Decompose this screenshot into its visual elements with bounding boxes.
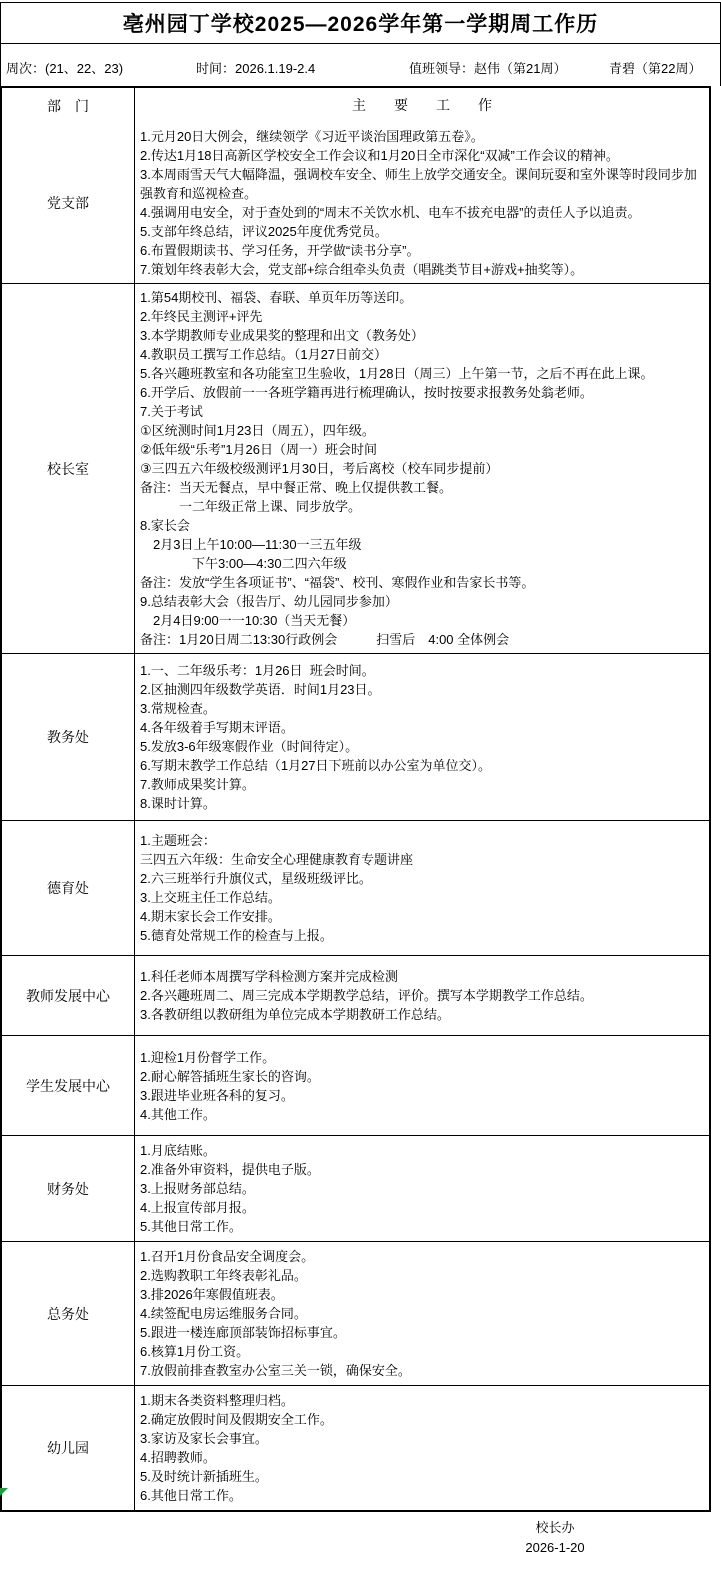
- table-row: 校长室1.第54期校刊、福袋、春联、单页年历等送印。2.年终民主测评+评先3.本…: [2, 283, 709, 653]
- work-line: 8.课时计算。: [140, 794, 707, 813]
- work-line: 8.家长会: [140, 516, 707, 535]
- work-line: 3.各教研组以教研组为单位完成本学期教研工作总结。: [140, 1005, 707, 1024]
- work-line: 1.元月20日大例会，继续领学《习近平谈治国理政第五卷》。: [140, 127, 707, 146]
- work-line: 1.第54期校刊、福袋、春联、单页年历等送印。: [140, 288, 707, 307]
- main-work-cell: 1.一、二年级乐考：1月26日 班会时间。2.区抽测四年级数学英语．时间1月23…: [135, 654, 709, 820]
- work-line: 1.主题班会：: [140, 831, 707, 850]
- table-header-row: 部 门 主 要 工 作: [2, 88, 709, 123]
- main-work-cell: 1.月底结账。2.准备外审资料，提供电子版。3.上报财务部总结。4.上报宣传部月…: [135, 1136, 709, 1241]
- work-line: 2月3日上午10:00—11:30一三五年级: [140, 535, 707, 554]
- work-line: 3.本学期教师专业成果奖的整理和出文（教务处）: [140, 326, 707, 345]
- work-line: 备注：1月20日周二13:30行政例会 扫雪后 4:00 全体例会: [140, 630, 707, 649]
- table-row: 学生发展中心1.迎检1月份督学工作。2.耐心解答插班生家长的咨询。3.跟进毕业班…: [2, 1035, 709, 1135]
- work-line: ②低年级“乐考”1月26日（周一）班会时间: [140, 440, 707, 459]
- table-row: 教师发展中心1.科任老师本周撰写学科检测方案并完成检测2.各兴趣班周二、周三完成…: [2, 955, 709, 1035]
- department-cell: 校长室: [2, 284, 135, 653]
- work-line: 3.上交班主任工作总结。: [140, 888, 707, 907]
- department-cell: 教师发展中心: [2, 956, 135, 1035]
- work-line: 2.耐心解答插班生家长的咨询。: [140, 1067, 707, 1086]
- table-row: 教务处1.一、二年级乐考：1月26日 班会时间。2.区抽测四年级数学英语．时间1…: [2, 653, 709, 820]
- work-line: 9.总结表彰大会（报告厅、幼儿园同步参加）: [140, 592, 707, 611]
- work-line: ③三四五六年级校级测评1月30日，考后离校（校车同步提前）: [140, 459, 707, 478]
- work-line: 3.上报财务部总结。: [140, 1179, 707, 1198]
- work-line: 6.核算1月份工资。: [140, 1342, 707, 1361]
- work-line: 4.其他工作。: [140, 1105, 707, 1124]
- work-line: 5.德育处常规工作的检查与上报。: [140, 926, 707, 945]
- work-line: 4.期末家长会工作安排。: [140, 907, 707, 926]
- work-table: 部 门 主 要 工 作 党支部1.元月20日大例会，继续领学《习近平谈治国理政第…: [0, 86, 711, 1512]
- work-line: 下午3:00—4:30二四六年级: [140, 554, 707, 573]
- table-row: 党支部1.元月20日大例会，继续领学《习近平谈治国理政第五卷》。2.传达1月18…: [2, 123, 709, 283]
- work-line: 1.月底结账。: [140, 1141, 707, 1160]
- table-row: 财务处1.月底结账。2.准备外审资料，提供电子版。3.上报财务部总结。4.上报宣…: [2, 1135, 709, 1241]
- work-line: 5.发放3-6年级寒假作业（时间待定）。: [140, 737, 707, 756]
- worksheet: 亳州园丁学校2025—2026学年第一学期周工作历 周次：(21、22、23) …: [0, 0, 721, 1587]
- work-line: 一二年级正常上课、同步放学。: [140, 497, 707, 516]
- department-cell: 德育处: [2, 821, 135, 955]
- work-line: 5.及时统计新插班生。: [140, 1467, 707, 1486]
- work-line: 4.各年级着手写期末评语。: [140, 718, 707, 737]
- table-row: 德育处1.主题班会：三四五六年级：生命安全心理健康教育专题讲座2.六三班举行升旗…: [2, 820, 709, 955]
- main-work-cell: 1.期末各类资料整理归档。2.确定放假时间及假期安全工作。3.家访及家长会事宜。…: [135, 1386, 709, 1510]
- work-line: 三四五六年级：生命安全心理健康教育专题讲座: [140, 850, 707, 869]
- department-cell: 财务处: [2, 1136, 135, 1241]
- duty-leader-week22: 青碧（第22周）: [609, 58, 701, 77]
- footer-date: 2026-1-20: [455, 1538, 655, 1558]
- work-line: 3.跟进毕业班各科的复习。: [140, 1086, 707, 1105]
- time-range-label: 时间：2026.1.19-2.4: [196, 58, 315, 77]
- info-row: 周次：(21、22、23) 时间：2026.1.19-2.4 值班领导：赵伟（第…: [0, 44, 721, 86]
- work-line: 1.召开1月份食品安全调度会。: [140, 1247, 707, 1266]
- work-line: 2.传达1月18日高新区学校安全工作会议和1月20日全市深化“双减”工作会议的精…: [140, 146, 707, 165]
- main-work-cell: 1.元月20日大例会，继续领学《习近平谈治国理政第五卷》。2.传达1月18日高新…: [135, 123, 709, 283]
- department-cell: 教务处: [2, 654, 135, 820]
- main-work-cell: 1.召开1月份食品安全调度会。2.选购教职工年终表彰礼品。3.排2026年寒假值…: [135, 1242, 709, 1385]
- work-line: 备注：发放“学生各项证书”、“福袋”、校刊、寒假作业和告家长书等。: [140, 573, 707, 592]
- work-line: 1.迎检1月份督学工作。: [140, 1048, 707, 1067]
- work-line: 6.布置假期读书、学习任务，开学做“读书分享”。: [140, 241, 707, 260]
- work-line: 2.各兴趣班周二、周三完成本学期教学总结，评价。撰写本学期教学工作总结。: [140, 986, 707, 1005]
- work-line: 5.跟进一楼连廊顶部装饰招标事宜。: [140, 1323, 707, 1342]
- duty-leader-week21: 值班领导：赵伟（第21周）: [409, 58, 566, 77]
- department-cell: 总务处: [2, 1242, 135, 1385]
- table-row: 幼儿园1.期末各类资料整理归档。2.确定放假时间及假期安全工作。3.家访及家长会…: [2, 1385, 709, 1510]
- work-line: 4.续签配电房运维服务合同。: [140, 1304, 707, 1323]
- work-line: 7.关于考试: [140, 402, 707, 421]
- main-work-cell: 1.迎检1月份督学工作。2.耐心解答插班生家长的咨询。3.跟进毕业班各科的复习。…: [135, 1036, 709, 1135]
- table-row: 总务处1.召开1月份食品安全调度会。2.选购教职工年终表彰礼品。3.排2026年…: [2, 1241, 709, 1385]
- work-line: 4.强调用电安全，对于查处到的“周末不关饮水机、电车不拔充电器”的责任人予以追责…: [140, 203, 707, 222]
- work-line: 1.科任老师本周撰写学科检测方案并完成检测: [140, 967, 707, 986]
- work-line: 7.策划年终表彰大会，党支部+综合组牵头负责（唱跳类节目+游戏+抽奖等）。: [140, 260, 707, 279]
- footer-signature: 校长办 2026-1-20: [455, 1518, 655, 1558]
- main-work-cell: 1.第54期校刊、福袋、春联、单页年历等送印。2.年终民主测评+评先3.本学期教…: [135, 284, 709, 653]
- work-line: 2.确定放假时间及假期安全工作。: [140, 1410, 707, 1429]
- work-line: 1.期末各类资料整理归档。: [140, 1391, 707, 1410]
- work-line: 6.开学后、放假前一一各班学籍再进行梳理确认，按时按要求报教务处翁老师。: [140, 383, 707, 402]
- work-line: 备注：当天无餐点，早中餐正常、晚上仅提供教工餐。: [140, 478, 707, 497]
- main-work-cell: 1.主题班会：三四五六年级：生命安全心理健康教育专题讲座2.六三班举行升旗仪式，…: [135, 821, 709, 955]
- footer-office: 校长办: [455, 1518, 655, 1538]
- work-line: 7.教师成果奖计算。: [140, 775, 707, 794]
- work-line: 4.上报宣传部月报。: [140, 1198, 707, 1217]
- work-line: 5.各兴趣班教室和各功能室卫生验收，1月28日（周三）上午第一节，之后不再在此上…: [140, 364, 707, 383]
- department-cell: 党支部: [2, 123, 135, 283]
- work-line: 5.其他日常工作。: [140, 1217, 707, 1236]
- work-line: 6.写期末教学工作总结（1月27日下班前以办公室为单位交）。: [140, 756, 707, 775]
- work-line: 3.家访及家长会事宜。: [140, 1429, 707, 1448]
- department-cell: 学生发展中心: [2, 1036, 135, 1135]
- work-line: 3.本周雨雪天气大幅降温，强调校车安全、师生上放学交通安全。课间玩耍和室外课等时…: [140, 165, 707, 203]
- work-line: 2.区抽测四年级数学英语．时间1月23日。: [140, 680, 707, 699]
- column-header-department: 部 门: [2, 88, 135, 123]
- work-line: 3.排2026年寒假值班表。: [140, 1285, 707, 1304]
- page-title: 亳州园丁学校2025—2026学年第一学期周工作历: [0, 2, 721, 44]
- work-line: 2.选购教职工年终表彰礼品。: [140, 1266, 707, 1285]
- spreadsheet-artifact-triangle: [0, 1488, 8, 1496]
- work-line: 4.招聘教师。: [140, 1448, 707, 1467]
- work-line: 5.支部年终总结，评议2025年度优秀党员。: [140, 222, 707, 241]
- table-body: 党支部1.元月20日大例会，继续领学《习近平谈治国理政第五卷》。2.传达1月18…: [2, 123, 709, 1510]
- main-work-cell: 1.科任老师本周撰写学科检测方案并完成检测2.各兴趣班周二、周三完成本学期教学总…: [135, 956, 709, 1035]
- work-line: 3.常规检查。: [140, 699, 707, 718]
- work-line: 2月4日9:00一一10:30（当天无餐）: [140, 611, 707, 630]
- work-line: 7.放假前排查教室办公室三关一锁，确保安全。: [140, 1361, 707, 1380]
- work-line: 2.六三班举行升旗仪式，星级班级评比。: [140, 869, 707, 888]
- work-line: 6.其他日常工作。: [140, 1486, 707, 1505]
- week-number-label: 周次：(21、22、23): [6, 58, 123, 77]
- work-line: ①区统测时间1月23日（周五），四年级。: [140, 421, 707, 440]
- department-cell: 幼儿园: [2, 1386, 135, 1510]
- work-line: 2.准备外审资料，提供电子版。: [140, 1160, 707, 1179]
- column-header-main-work: 主 要 工 作: [135, 88, 709, 123]
- work-line: 2.年终民主测评+评先: [140, 307, 707, 326]
- work-line: 1.一、二年级乐考：1月26日 班会时间。: [140, 661, 707, 680]
- work-line: 4.教职员工撰写工作总结。（1月27日前交）: [140, 345, 707, 364]
